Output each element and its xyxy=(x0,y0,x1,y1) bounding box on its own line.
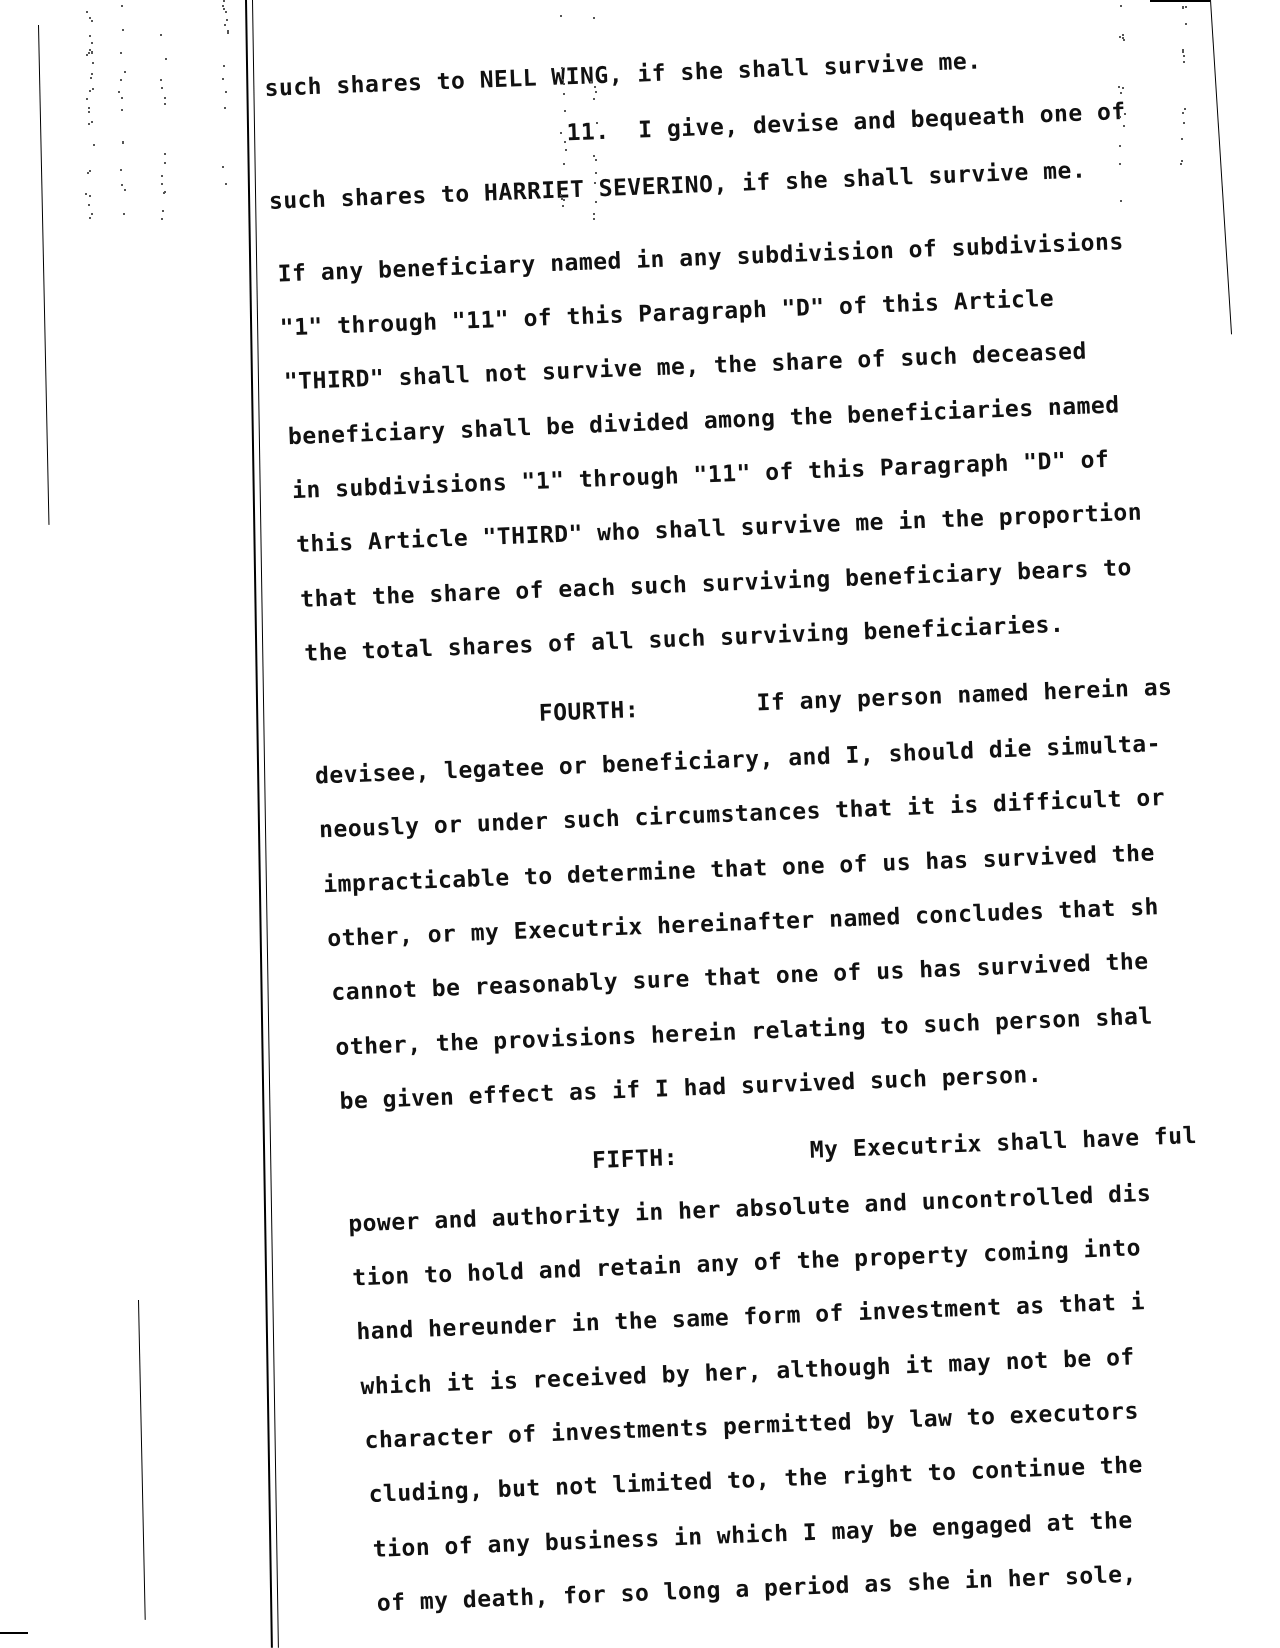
scan-speckle xyxy=(560,15,562,17)
scan-speckle xyxy=(121,109,123,111)
scan-speckle xyxy=(122,141,124,143)
scan-speckle xyxy=(560,194,562,196)
scan-speckle xyxy=(222,78,224,80)
scan-speckle xyxy=(222,5,224,7)
scan-speckle xyxy=(593,17,595,19)
text-line: in subdivisions "1" through "11" of this… xyxy=(292,449,1110,503)
scan-speckle xyxy=(86,54,88,56)
scan-speckle xyxy=(225,11,227,13)
scan-speckle xyxy=(1123,125,1125,127)
scan-speckle xyxy=(161,183,163,185)
text-line: be given effect as if I had survived suc… xyxy=(339,1064,1042,1114)
scan-speckle xyxy=(89,35,91,37)
text-line: 11. I give, devise and bequeath one of xyxy=(566,101,1126,145)
scan-speckle xyxy=(1180,163,1182,165)
scan-speckle xyxy=(91,121,93,123)
scan-speckle xyxy=(223,8,225,10)
scan-speckle xyxy=(90,77,92,79)
scan-speckle xyxy=(565,149,567,151)
scan-speckle xyxy=(164,162,166,164)
scan-speckle xyxy=(1185,6,1187,8)
text-line: impracticable to determine that one of u… xyxy=(323,842,1155,897)
scan-speckle xyxy=(223,0,225,2)
text-line: other, or my Executrix hereinafter named… xyxy=(327,896,1159,951)
scan-speckle xyxy=(225,91,227,93)
scan-speckle xyxy=(91,42,93,44)
scan-speckle xyxy=(1183,122,1185,124)
article-heading-fourth: FOURTH: xyxy=(538,697,639,727)
scan-speckle xyxy=(226,19,228,21)
scan-speckle xyxy=(164,103,166,105)
text-line: tion of any business in which I may be e… xyxy=(372,1509,1133,1561)
scan-speckle xyxy=(563,199,565,201)
scan-speckle xyxy=(93,144,95,146)
left-margin-rule xyxy=(245,0,273,1648)
scan-speckle xyxy=(563,83,565,85)
scan-speckle xyxy=(595,91,597,93)
scan-speckle xyxy=(1118,86,1120,88)
scan-speckle xyxy=(562,205,564,207)
scan-speckle xyxy=(160,79,162,81)
scan-speckle xyxy=(120,52,122,54)
scan-speckle xyxy=(89,170,91,172)
scan-speckle xyxy=(118,91,120,93)
scan-speckle xyxy=(1183,55,1185,57)
scan-speckle xyxy=(225,183,227,185)
scan-speckle xyxy=(160,34,162,36)
scan-speckle xyxy=(121,184,123,186)
text-line: such shares to HARRIET SEVERINO, if she … xyxy=(269,159,1087,213)
text-line: the total shares of all such surviving b… xyxy=(304,614,1065,666)
scanned-page: such shares to NELL WING, if she shall s… xyxy=(0,0,1280,1648)
scan-speckle xyxy=(124,189,126,191)
scan-speckle xyxy=(88,52,90,54)
scan-speckle xyxy=(121,5,123,7)
scan-speckle xyxy=(223,65,225,67)
scan-speckle xyxy=(595,172,597,174)
scan-speckle xyxy=(1124,113,1126,115)
scan-speckle xyxy=(88,204,90,206)
scan-speckle xyxy=(91,73,93,75)
scan-speckle xyxy=(89,17,91,19)
scan-speckle xyxy=(120,79,122,81)
scan-speckle xyxy=(164,153,166,155)
left-margin-rule xyxy=(252,0,279,1648)
article-heading-fifth: FIFTH: xyxy=(592,1144,679,1173)
text-line: If any person named herein as xyxy=(756,676,1173,715)
scan-speckle xyxy=(224,107,226,109)
text-line: My Executrix shall have ful xyxy=(809,1125,1197,1163)
scan-speckle xyxy=(161,175,163,177)
document-body: such shares to NELL WING, if she shall s… xyxy=(262,0,1261,20)
scan-edge-line xyxy=(38,25,49,525)
text-line: this Article "THIRD" who shall survive m… xyxy=(296,502,1143,557)
scan-speckle xyxy=(164,191,166,193)
text-line: hand hereunder in the same form of inves… xyxy=(356,1291,1145,1344)
scan-speckle xyxy=(1182,112,1184,114)
scan-speckle xyxy=(1181,138,1183,140)
text-line: If any beneficiary named in any subdivis… xyxy=(277,231,1124,286)
scan-speckle xyxy=(564,110,566,112)
scan-speckle xyxy=(88,123,90,125)
text-line: cluding, but not limited to, the right t… xyxy=(368,1455,1143,1508)
scan-speckle xyxy=(593,155,595,157)
scan-speckle xyxy=(161,218,163,220)
scan-speckle xyxy=(122,29,124,31)
scan-speckle xyxy=(89,49,91,51)
scan-speckle xyxy=(164,97,166,99)
scan-speckle xyxy=(594,86,596,88)
scan-speckle xyxy=(594,182,596,184)
scan-mark xyxy=(0,1632,28,1634)
scan-speckle xyxy=(1119,36,1121,38)
scan-speckle xyxy=(1120,200,1122,202)
scan-speckle xyxy=(1119,163,1121,165)
scan-speckle xyxy=(1182,51,1184,53)
text-line: "THIRD" shall not survive me, the share … xyxy=(284,341,1088,395)
scan-speckle xyxy=(561,67,563,69)
scan-speckle xyxy=(560,132,562,134)
scan-speckle xyxy=(227,30,229,32)
scan-speckle xyxy=(120,169,122,171)
scan-speckle xyxy=(85,193,87,195)
scan-speckle xyxy=(89,195,91,197)
text-line: character of investments permitted by la… xyxy=(364,1400,1139,1453)
scan-speckle xyxy=(1183,61,1185,63)
scan-speckle xyxy=(562,79,564,81)
scan-speckle xyxy=(91,213,93,215)
scan-speckle xyxy=(91,52,93,54)
scan-speckle xyxy=(563,163,565,165)
scan-edge-line xyxy=(138,1300,146,1620)
text-line: of my death, for so long a period as she… xyxy=(376,1564,1137,1616)
right-margin-rule xyxy=(1210,0,1232,334)
text-line: beneficiary shall be divided among the b… xyxy=(288,394,1120,449)
scan-speckle xyxy=(1184,108,1186,110)
text-line: such shares to NELL WING, if she shall s… xyxy=(264,50,982,101)
scan-speckle xyxy=(89,90,91,92)
scan-speckle xyxy=(86,98,88,100)
scan-speckle xyxy=(1119,145,1121,147)
text-line: tion to hold and retain any of the prope… xyxy=(352,1237,1141,1290)
scan-speckle xyxy=(91,20,93,22)
scan-speckle xyxy=(161,87,163,89)
scan-speckle xyxy=(1122,34,1124,36)
scan-speckle xyxy=(596,122,598,124)
scan-speckle xyxy=(593,213,595,215)
scan-speckle xyxy=(595,201,597,203)
scan-speckle xyxy=(563,93,565,95)
scan-speckle xyxy=(1120,5,1122,7)
scan-speckle xyxy=(564,141,566,143)
text-line: devisee, legatee or beneficiary, and I, … xyxy=(315,733,1162,788)
scan-speckle xyxy=(593,218,595,220)
scan-speckle xyxy=(87,172,89,174)
scan-speckle xyxy=(92,88,94,90)
scan-speckle xyxy=(1185,23,1187,25)
scan-speckle xyxy=(593,98,595,100)
scan-speckle xyxy=(595,159,597,161)
scan-speckle xyxy=(1122,87,1124,89)
scan-speckle xyxy=(88,107,90,109)
scan-speckle xyxy=(121,97,123,99)
scan-speckle xyxy=(92,62,94,64)
scan-speckle xyxy=(1123,39,1125,41)
scan-speckle xyxy=(1182,7,1184,9)
scan-speckle xyxy=(224,24,226,26)
scan-speckle xyxy=(561,198,563,200)
scan-speckle xyxy=(86,11,88,13)
text-line: neously or under such circumstances that… xyxy=(319,787,1166,842)
scan-speckle xyxy=(165,58,167,60)
scan-speckle xyxy=(1119,116,1121,118)
scan-speckle xyxy=(88,111,90,113)
top-edge-rule xyxy=(1150,0,1210,2)
scan-speckle xyxy=(89,217,91,219)
scan-speckle xyxy=(222,166,224,168)
text-line: "1" through "11" of this Paragraph "D" o… xyxy=(279,288,1054,341)
scan-speckle xyxy=(162,210,164,212)
scan-speckle xyxy=(227,32,229,34)
text-line: that the share of each such surviving be… xyxy=(300,557,1132,612)
scan-speckle xyxy=(590,81,592,83)
text-line: cannot be reasonably sure that one of us… xyxy=(331,951,1149,1005)
scan-speckle xyxy=(123,213,125,215)
text-line: which it is received by her, although it… xyxy=(360,1346,1135,1399)
scan-speckle xyxy=(124,71,126,73)
scan-speckle xyxy=(1181,160,1183,162)
scan-speckle xyxy=(1120,92,1122,94)
text-line: power and authority in her absolute and … xyxy=(348,1182,1152,1236)
text-line: other, the provisions herein relating to… xyxy=(335,1005,1153,1059)
